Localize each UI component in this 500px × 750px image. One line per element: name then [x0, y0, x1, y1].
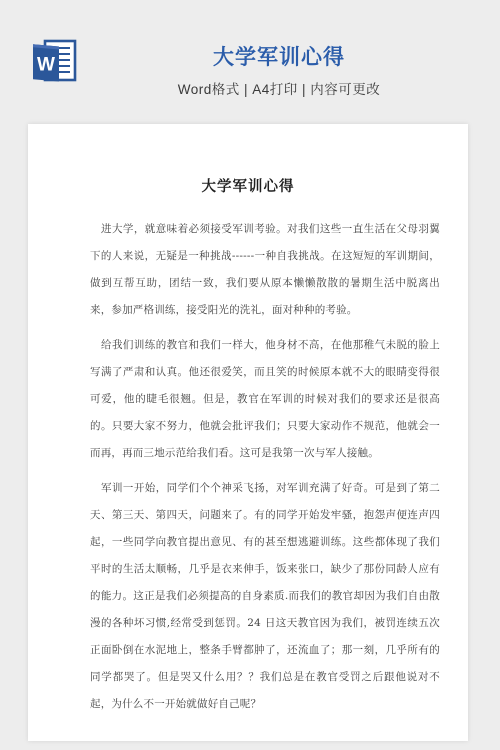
svg-text:W: W	[37, 55, 55, 76]
document-body: 进大学，就意味着必须接受军训考验。对我们这些一直生活在父母羽翼下的人来说，无疑是…	[90, 216, 440, 718]
page-title: 大学军训心得	[58, 46, 500, 70]
document-paragraph: 给我们训练的教官和我们一样大，他身材不高，在他那稚气未脱的脸上写满了严肃和认真。…	[90, 332, 440, 467]
document-paragraph: 军训一开始，同学们个个神采飞扬，对军训充满了好奇。可是到了第二天、第三天、第四天…	[90, 475, 440, 718]
header: W 大学军训心得 Word格式 | A4打印 | 内容可更改	[0, 0, 500, 124]
format-info: Word格式 | A4打印 | 内容可更改	[58, 78, 500, 98]
document-paragraph: 进大学，就意味着必须接受军训考验。对我们这些一直生活在父母羽翼下的人来说，无疑是…	[90, 216, 440, 324]
document-title: 大学军训心得	[28, 177, 468, 197]
header-text: 大学军训心得 Word格式 | A4打印 | 内容可更改	[58, 46, 500, 98]
document-page[interactable]: 大学军训心得 进大学，就意味着必须接受军训考验。对我们这些一直生活在父母羽翼下的…	[28, 124, 468, 741]
